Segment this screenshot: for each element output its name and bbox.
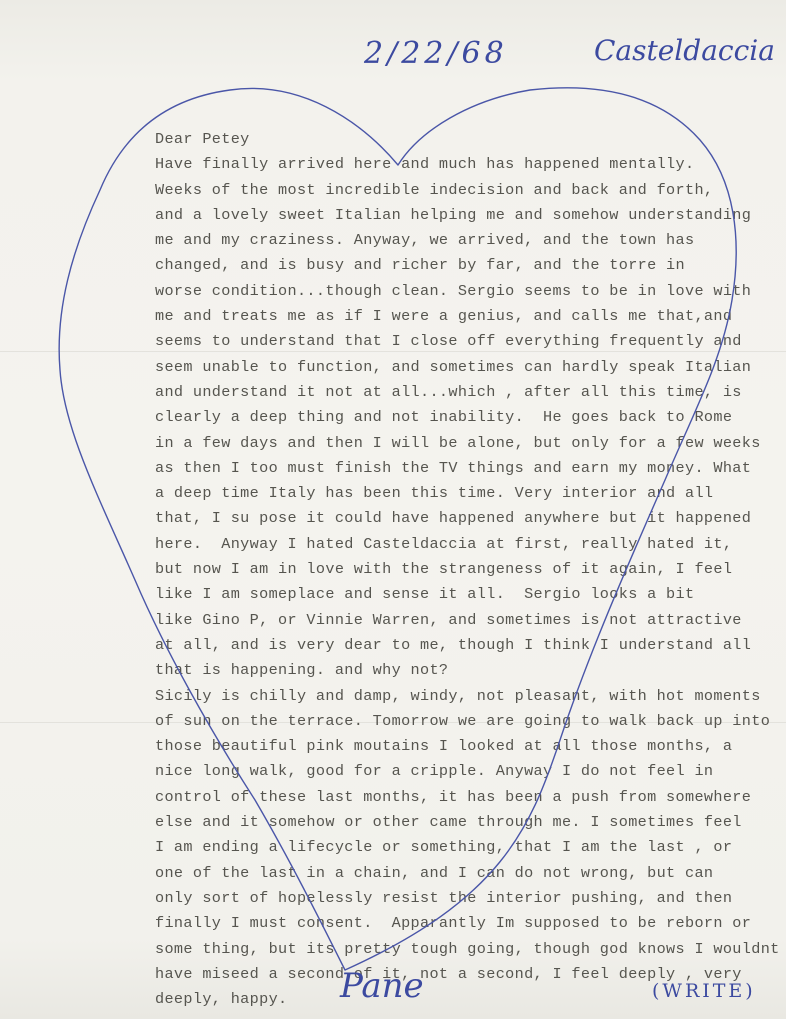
letter-line: finally I must consent. Apparantly Im su… (155, 911, 775, 936)
letter-line: like Gino P, or Vinnie Warren, and somet… (155, 608, 775, 633)
letter-line: but now I am in love with the strangenes… (155, 557, 775, 582)
letter-line: and a lovely sweet Italian helping me an… (155, 203, 775, 228)
handwritten-date: 2/22/68 (364, 36, 508, 71)
handwritten-note: (WRITE) (652, 980, 756, 1002)
letter-line: some thing, but its pretty tough going, … (155, 937, 775, 962)
typed-letter-body: Dear PeteyHave finally arrived here and … (155, 127, 775, 1012)
letter-line: one of the last in a chain, and I can do… (155, 861, 775, 886)
letter-line: me and treats me as if I were a genius, … (155, 304, 775, 329)
letter-line: worse condition...though clean. Sergio s… (155, 279, 775, 304)
letter-line: else and it somehow or other came throug… (155, 810, 775, 835)
letter-line: Sicily is chilly and damp, windy, not pl… (155, 684, 775, 709)
letter-line: that is happening. and why not? (155, 658, 775, 683)
letter-line: that, I su pose it could have happened a… (155, 506, 775, 531)
letter-line: like I am someplace and sense it all. Se… (155, 582, 775, 607)
letter-page: 2/22/68 Casteldaccia Dear PeteyHave fina… (0, 0, 786, 1019)
handwritten-signature: Pane (340, 966, 424, 1006)
letter-line: a deep time Italy has been this time. Ve… (155, 481, 775, 506)
salutation: Dear Petey (155, 127, 775, 152)
letter-line: changed, and is busy and richer by far, … (155, 253, 775, 278)
letter-line: control of these last months, it has bee… (155, 785, 775, 810)
letter-line: Have finally arrived here and much has h… (155, 152, 775, 177)
letter-line: in a few days and then I will be alone, … (155, 431, 775, 456)
letter-line: Weeks of the most incredible indecision … (155, 178, 775, 203)
letter-line: clearly a deep thing and not inability. … (155, 405, 775, 430)
letter-line: seem unable to function, and sometimes c… (155, 355, 775, 380)
letter-line: here. Anyway I hated Casteldaccia at fir… (155, 532, 775, 557)
letter-line: only sort of hopelessly resist the inter… (155, 886, 775, 911)
letter-line: me and my craziness. Anyway, we arrived,… (155, 228, 775, 253)
letter-line: and understand it not at all...which , a… (155, 380, 775, 405)
letter-line: those beautiful pink moutains I looked a… (155, 734, 775, 759)
handwritten-place: Casteldaccia (594, 34, 775, 67)
letter-line: seems to understand that I close off eve… (155, 329, 775, 354)
letter-line: I am ending a lifecycle or something, th… (155, 835, 775, 860)
letter-line: as then I too must finish the TV things … (155, 456, 775, 481)
letter-line: nice long walk, good for a cripple. Anyw… (155, 759, 775, 784)
letter-line: of sun on the terrace. Tomorrow we are g… (155, 709, 775, 734)
letter-line: at all, and is very dear to me, though I… (155, 633, 775, 658)
